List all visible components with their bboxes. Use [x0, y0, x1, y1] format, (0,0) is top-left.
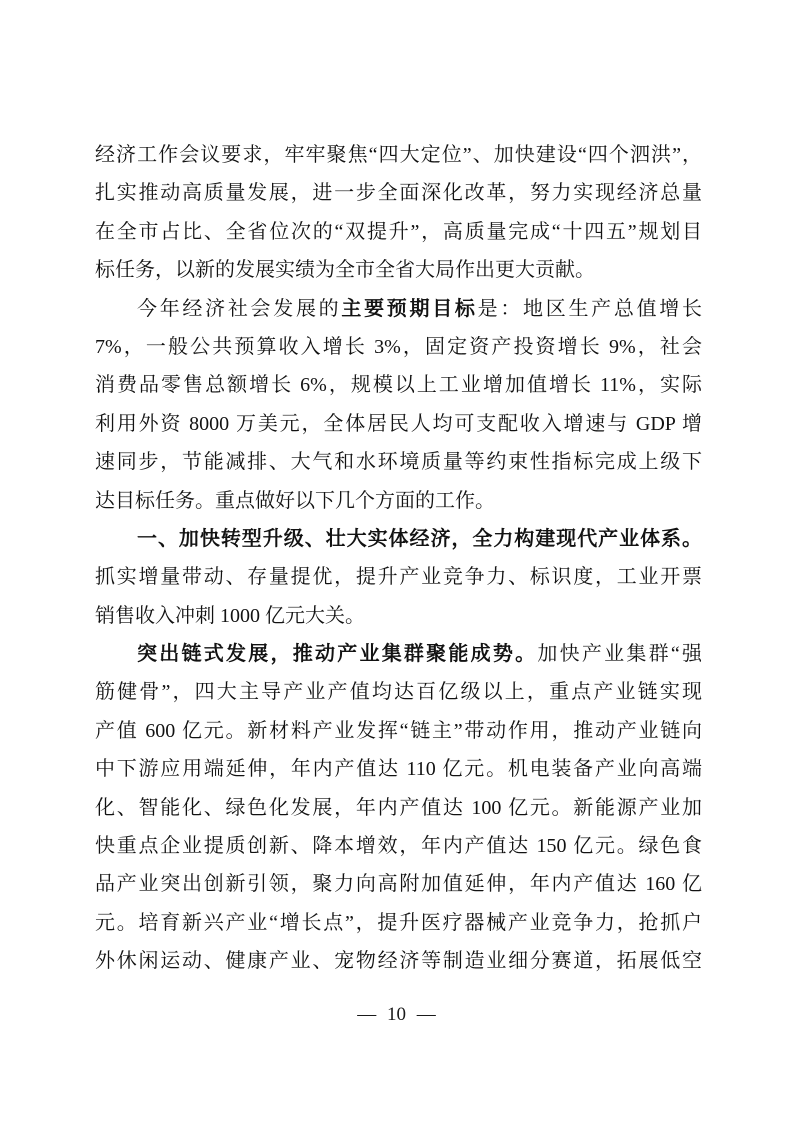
text-segment: 达目标任务。重点做好以下几个方面的工作。	[95, 490, 495, 512]
text-line: 利用外资 8000 万美元，全体居民人均可支配收入增速与 GDP 增	[95, 405, 702, 443]
text-line: 经济工作会议要求，牢牢聚焦“四大定位”、加快建设“四个泗洪”，	[95, 136, 702, 174]
text-segment: 中下游应用端延伸，年内产值达 110 亿元。机电装备产业向高端	[95, 758, 702, 780]
text-line: 品产业突出创新引领，聚力向高附加值延伸，年内产值达 160 亿	[95, 865, 702, 903]
text-segment: 销售收入冲刺 1000 亿元大关。	[95, 605, 365, 627]
bold-text-segment: 一、加快转型升级、壮大实体经济，全力构建现代产业体系。	[137, 528, 702, 550]
text-line: 一、加快转型升级、壮大实体经济，全力构建现代产业体系。	[95, 520, 702, 558]
text-segment: 7%，一般公共预算收入增长 3%，固定资产投资增长 9%，社会	[95, 336, 702, 358]
bold-text-segment: 突出链式发展，推动产业集群聚能成势。	[137, 643, 537, 665]
text-line: 在全市占比、全省位次的“双提升”，高质量完成“十四五”规划目	[95, 213, 702, 251]
text-segment: 今年经济社会发展的	[137, 298, 341, 320]
text-segment: 速同步，节能减排、大气和水环境质量等约束性指标完成上级下	[95, 451, 702, 473]
text-segment: 经济工作会议要求，牢牢聚焦“四大定位”、加快建设“四个泗洪”，	[95, 144, 702, 166]
text-line: 速同步，节能减排、大气和水环境质量等约束性指标完成上级下	[95, 443, 702, 481]
text-line: 快重点企业提质创新、降本增效，年内产值达 150 亿元。绿色食	[95, 827, 702, 865]
text-segment: 筋健骨”，四大主导产业产值均达百亿级以上，重点产业链实现	[95, 681, 702, 703]
text-segment: 化、智能化、绿色化发展，年内产值达 100 亿元。新能源产业加	[95, 797, 702, 819]
text-line: 今年经济社会发展的主要预期目标是：地区生产总值增长	[95, 290, 702, 328]
text-segment: 消费品零售总额增长 6%，规模以上工业增加值增长 11%，实际	[95, 374, 702, 396]
text-line: 外休闲运动、健康产业、宠物经济等制造业细分赛道，拓展低空	[95, 942, 702, 980]
document-body: 经济工作会议要求，牢牢聚焦“四大定位”、加快建设“四个泗洪”，扎实推动高质量发展…	[95, 136, 702, 981]
text-line: 元。培育新兴产业“增长点”，提升医疗器械产业竞争力，抢抓户	[95, 904, 702, 942]
text-line: 销售收入冲刺 1000 亿元大关。	[95, 597, 702, 635]
text-line: 抓实增量带动、存量提优，提升产业竞争力、标识度，工业开票	[95, 558, 702, 596]
page-number: — 10 —	[357, 1004, 436, 1025]
text-segment: 产值 600 亿元。新材料产业发挥“链主”带动作用，推动产业链向	[95, 720, 702, 742]
text-line: 突出链式发展，推动产业集群聚能成势。加快产业集群“强	[95, 635, 702, 673]
text-segment: 扎实推动高质量发展，进一步全面深化改革，努力实现经济总量	[95, 182, 702, 204]
text-segment: 利用外资 8000 万美元，全体居民人均可支配收入增速与 GDP 增	[95, 413, 702, 435]
bold-text-segment: 主要预期目标	[341, 298, 477, 320]
text-line: 标任务，以新的发展实绩为全市全省大局作出更大贡献。	[95, 251, 702, 289]
text-segment: 元。培育新兴产业“增长点”，提升医疗器械产业竞争力，抢抓户	[95, 912, 702, 934]
text-line: 筋健骨”，四大主导产业产值均达百亿级以上，重点产业链实现	[95, 673, 702, 711]
text-segment: 外休闲运动、健康产业、宠物经济等制造业细分赛道，拓展低空	[95, 950, 702, 972]
text-line: 产值 600 亿元。新材料产业发挥“链主”带动作用，推动产业链向	[95, 712, 702, 750]
text-segment: 抓实增量带动、存量提优，提升产业竞争力、标识度，工业开票	[95, 566, 702, 588]
text-segment: 标任务，以新的发展实绩为全市全省大局作出更大贡献。	[95, 259, 595, 281]
text-segment: 在全市占比、全省位次的“双提升”，高质量完成“十四五”规划目	[95, 221, 702, 243]
text-segment: 品产业突出创新引领，聚力向高附加值延伸，年内产值达 160 亿	[95, 873, 702, 895]
text-line: 消费品零售总额增长 6%，规模以上工业增加值增长 11%，实际	[95, 366, 702, 404]
text-segment: 加快产业集群“强	[537, 643, 702, 665]
text-line: 扎实推动高质量发展，进一步全面深化改革，努力实现经济总量	[95, 174, 702, 212]
text-line: 达目标任务。重点做好以下几个方面的工作。	[95, 482, 702, 520]
text-line: 7%，一般公共预算收入增长 3%，固定资产投资增长 9%，社会	[95, 328, 702, 366]
page-footer: — 10 —	[0, 1001, 793, 1029]
text-line: 中下游应用端延伸，年内产值达 110 亿元。机电装备产业向高端	[95, 750, 702, 788]
text-segment: 是：地区生产总值增长	[478, 298, 702, 320]
text-segment: 快重点企业提质创新、降本增效，年内产值达 150 亿元。绿色食	[95, 835, 702, 857]
text-line: 化、智能化、绿色化发展，年内产值达 100 亿元。新能源产业加	[95, 789, 702, 827]
document-page: 经济工作会议要求，牢牢聚焦“四大定位”、加快建设“四个泗洪”，扎实推动高质量发展…	[0, 0, 793, 1122]
